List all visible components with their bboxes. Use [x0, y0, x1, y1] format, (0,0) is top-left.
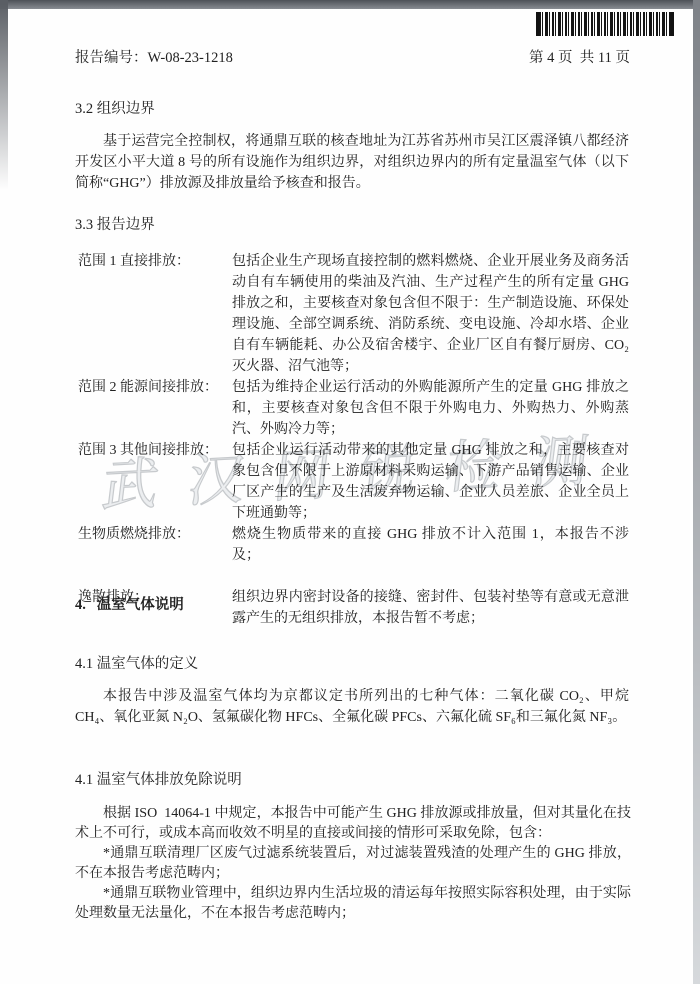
- exemption-bullet-1: *通鼎互联清理厂区废气过滤系统装置后，对过滤装置残渣的处理产生的 GHG 排放，…: [75, 844, 631, 884]
- scope2-text: 包括为维持企业运行活动的外购能源所产生的定量 GHG 排放之和，主要核查对象包含…: [232, 377, 629, 440]
- fugitive-text: 组织边界内密封设备的接缝、密封件、包装衬垫等有意或无意泄露产生的无组织排放，本报…: [232, 587, 629, 629]
- section-4-1-definition-paragraph: 本报告中涉及温室气体均为京都议定书所列出的七种气体：二氧化碳 CO₂、甲烷 CH…: [75, 686, 629, 728]
- section-heading-3-3: 3.3 报告边界: [75, 213, 155, 234]
- scan-edge-left: [0, 0, 8, 190]
- document-page: 报告编号：W-08-23-1218 第 4 页 共 11 页 武汉网锐检测 3.…: [0, 0, 700, 984]
- scope3-label: 范围 3 其他间接排放：: [78, 440, 232, 524]
- report-number-label: 报告编号：: [75, 50, 148, 66]
- list-item-scope2: 范围 2 能源间接排放： 包括为维持企业运行活动的外购能源所产生的定量 GHG …: [78, 377, 629, 440]
- report-number: 报告编号：W-08-23-1218: [75, 46, 233, 67]
- scope3-text: 包括企业运行活动带来的其他定量 GHG 排放之和，主要核查对象包含但不限于上游原…: [232, 440, 629, 524]
- scope1-label: 范围 1 直接排放：: [78, 251, 232, 377]
- exemption-bullet-2: *通鼎互联物业管理中，组织边界内生活垃圾的清运每年按照实际容积处理，由于实际处理…: [75, 884, 631, 924]
- report-number-value: W-08-23-1218: [148, 50, 233, 66]
- list-item-scope3: 范围 3 其他间接排放： 包括企业运行活动带来的其他定量 GHG 排放之和，主要…: [78, 440, 629, 524]
- biomass-text: 燃烧生物质带来的直接 GHG 排放不计入范围 1，本报告不涉及；: [232, 524, 629, 566]
- section-heading-4-1-definition: 4.1 温室气体的定义: [75, 652, 198, 673]
- page-indicator: 第 4 页 共 11 页: [529, 46, 630, 67]
- list-item-scope1: 范围 1 直接排放： 包括企业生产现场直接控制的燃料燃烧、企业开展业务及商务活动…: [78, 251, 629, 377]
- page-header: 报告编号：W-08-23-1218 第 4 页 共 11 页: [75, 46, 630, 67]
- scope2-label: 范围 2 能源间接排放：: [78, 377, 232, 440]
- reporting-boundary-list: 范围 1 直接排放： 包括企业生产现场直接控制的燃料燃烧、企业开展业务及商务活动…: [78, 251, 629, 629]
- barcode-icon: [536, 12, 674, 36]
- exemption-intro: 根据 ISO 14064-1 中规定，本报告中可能产生 GHG 排放源或排放量，…: [75, 804, 631, 844]
- section-heading-3-2: 3.2 组织边界: [75, 97, 155, 118]
- biomass-label: 生物质燃烧排放：: [78, 524, 232, 566]
- scope1-text: 包括企业生产现场直接控制的燃料燃烧、企业开展业务及商务活动自有车辆使用的柴油及汽…: [232, 251, 629, 377]
- scan-edge-right: [693, 0, 700, 984]
- section-3-2-paragraph: 基于运营完全控制权，将通鼎互联的核查地址为江苏省苏州市吴江区震泽镇八都经济开发区…: [75, 131, 629, 194]
- list-item-biomass: 生物质燃烧排放： 燃烧生物质带来的直接 GHG 排放不计入范围 1，本报告不涉及…: [78, 524, 629, 566]
- list-item-fugitive: 逸散排放： 组织边界内密封设备的接缝、密封件、包装衬垫等有意或无意泄露产生的无组…: [78, 587, 629, 629]
- scan-edge-top: [0, 0, 700, 9]
- exemption-paragraphs: 根据 ISO 14064-1 中规定，本报告中可能产生 GHG 排放源或排放量，…: [75, 804, 631, 924]
- section-heading-4-1-exemption: 4.1 温室气体排放免除说明: [75, 768, 242, 789]
- fugitive-label: 逸散排放：: [78, 587, 232, 629]
